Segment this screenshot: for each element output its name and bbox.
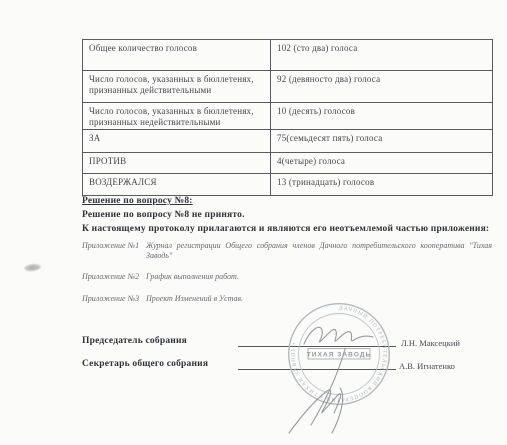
- vote-row-label: Общее количество голосов: [83, 40, 271, 71]
- vote-row-value: 102 (сто два) голоса: [271, 40, 493, 71]
- vote-row-value: 13 (тринадцать) голосов: [271, 174, 493, 196]
- attachment-text: Журнал регистрации Общего собрания члено…: [140, 241, 492, 260]
- vote-row-value: 92 (девяносто два) голоса: [271, 71, 493, 103]
- vote-row-value: 75(семьдесят пять) голоса: [271, 130, 493, 153]
- secretary-name: А.В. Игнатенко: [399, 361, 455, 371]
- attachment-label: Приложение №2: [82, 272, 140, 282]
- votes-table: Общее количество голосов 102 (сто два) г…: [82, 39, 493, 196]
- secretary-role-label: Секретарь общего собрания: [82, 359, 208, 369]
- attachment-text: График выполнения работ.: [140, 272, 492, 282]
- scan-smudge-artifact: [24, 263, 42, 272]
- vote-row-value: 10 (десять) голосов: [271, 103, 493, 130]
- table-row: Число голосов, указанных в бюллетенях, п…: [83, 103, 493, 130]
- votes-table-body: Общее количество голосов 102 (сто два) г…: [83, 40, 493, 196]
- vote-row-label: ПРОТИВ: [83, 153, 271, 174]
- table-row: ВОЗДЕРЖАЛСЯ 13 (тринадцать) голосов: [83, 174, 493, 196]
- stamp-center-text: ТИХАЯ ЗАВОДЬ: [307, 352, 371, 359]
- vote-row-value: 4(четыре) голоса: [271, 153, 493, 174]
- table-row: Общее количество голосов 102 (сто два) г…: [83, 40, 493, 71]
- table-row: Число голосов, указанных в бюллетенях, п…: [83, 71, 493, 103]
- vote-row-label: ВОЗДЕРЖАЛСЯ: [83, 174, 271, 196]
- vote-row-label: Число голосов, указанных в бюллетенях, п…: [83, 71, 271, 103]
- attachments-intro: К настоящему протоколу прилагаются и явл…: [82, 222, 492, 236]
- decision-result: Решение по вопросу №8 не принято.: [82, 208, 492, 222]
- chairman-name: Л.Н. Максецкий: [401, 338, 460, 348]
- vote-row-label: Число голосов, указанных в бюллетенях, п…: [83, 103, 271, 130]
- table-row: ПРОТИВ 4(четыре) голоса: [83, 153, 493, 174]
- decision-block: Решение по вопросу №8: Решение по вопрос…: [82, 194, 492, 236]
- round-stamp-seal: ДАЧНЫЙ ПОТРЕБИТЕЛЬСКИЙ КООПЕРАТИВ • ТИХА…: [286, 301, 392, 407]
- chairman-role-label: Председатель собрания: [82, 336, 187, 346]
- decision-heading: Решение по вопросу №8:: [82, 194, 492, 208]
- vote-row-label: ЗА: [83, 130, 271, 153]
- scanned-protocol-page: Общее количество голосов 102 (сто два) г…: [0, 0, 507, 445]
- list-item: Приложение №2 График выполнения работ.: [82, 272, 492, 282]
- attachment-label: Приложение №1: [82, 241, 140, 260]
- list-item: Приложение №1 Журнал регистрации Общего …: [82, 241, 492, 260]
- attachment-label: Приложение №3: [82, 294, 140, 304]
- table-row: ЗА 75(семьдесят пять) голоса: [83, 130, 493, 153]
